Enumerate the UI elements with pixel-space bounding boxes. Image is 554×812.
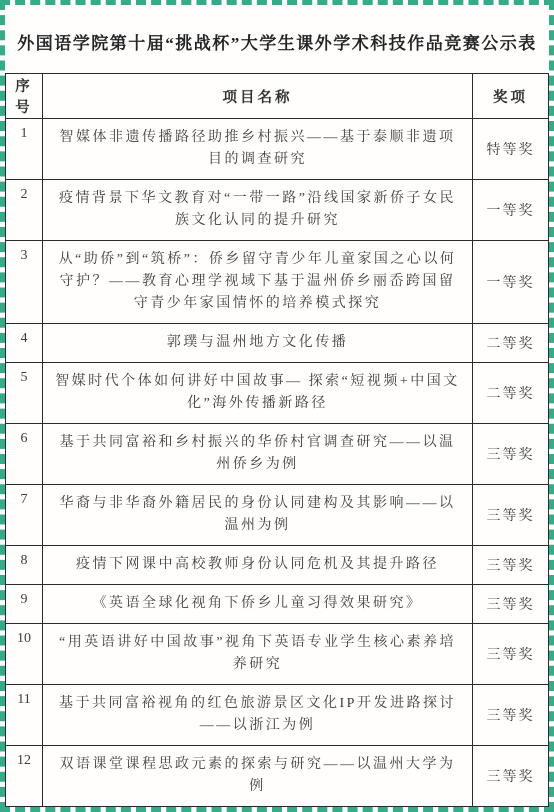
table-row: 11基于共同富裕视角的红色旅游景区文化IP开发进路探讨——以浙江为例三等奖 — [6, 685, 549, 746]
project-name: 双语课堂课程思政元素的探索与研究——以温州大学为例 — [43, 746, 473, 807]
project-name: 智媒时代个体如何讲好中国故事— 探索“短视频+中国文化”海外传播新路径 — [43, 363, 473, 424]
awards-table: 序号 项目名称 奖项 1智媒体非遗传播路径助推乡村振兴——基于泰顺非遗项目的调查… — [5, 73, 549, 807]
award-level: 三等奖 — [473, 485, 549, 546]
award-level: 二等奖 — [473, 324, 549, 363]
header-row: 序号 项目名称 奖项 — [6, 74, 549, 119]
table-row: 2疫情背景下华文教育对“一带一路”沿线国家新侨子女民族文化认同的提升研究一等奖 — [6, 180, 549, 241]
table-row: 1智媒体非遗传播路径助推乡村振兴——基于泰顺非遗项目的调查研究特等奖 — [6, 119, 549, 180]
row-number: 12 — [6, 746, 43, 807]
table-body: 1智媒体非遗传播路径助推乡村振兴——基于泰顺非遗项目的调查研究特等奖2疫情背景下… — [6, 119, 549, 807]
award-level: 三等奖 — [473, 585, 549, 624]
project-name: 基于共同富裕和乡村振兴的华侨村官调查研究——以温州侨乡为例 — [43, 424, 473, 485]
row-number: 5 — [6, 363, 43, 424]
row-number: 8 — [6, 546, 43, 585]
col-header-project: 项目名称 — [43, 74, 473, 119]
notice-sheet: 外国语学院第十届“挑战杯”大学生课外学术科技作品竞赛公示表 序号 项目名称 奖项… — [0, 0, 554, 812]
row-number: 2 — [6, 180, 43, 241]
project-name: 疫情下网课中高校教师身份认同危机及其提升路径 — [43, 546, 473, 585]
table-row: 6基于共同富裕和乡村振兴的华侨村官调查研究——以温州侨乡为例三等奖 — [6, 424, 549, 485]
award-level: 三等奖 — [473, 624, 549, 685]
project-name: 智媒体非遗传播路径助推乡村振兴——基于泰顺非遗项目的调查研究 — [43, 119, 473, 180]
col-header-award: 奖项 — [473, 74, 549, 119]
row-number: 1 — [6, 119, 43, 180]
table-row: 8疫情下网课中高校教师身份认同危机及其提升路径三等奖 — [6, 546, 549, 585]
table-row: 7华裔与非华裔外籍居民的身份认同建构及其影响——以温州为例三等奖 — [6, 485, 549, 546]
table-row: 12双语课堂课程思政元素的探索与研究——以温州大学为例三等奖 — [6, 746, 549, 807]
project-name: 郭璞与温州地方文化传播 — [43, 324, 473, 363]
project-name: 从“助侨”到“筑桥”：侨乡留守青少年儿童家国之心以何守护？——教育心理学视域下基… — [43, 241, 473, 324]
project-name: 基于共同富裕视角的红色旅游景区文化IP开发进路探讨——以浙江为例 — [43, 685, 473, 746]
project-name: “用英语讲好中国故事”视角下英语专业学生核心素养培养研究 — [43, 624, 473, 685]
table-row: 10“用英语讲好中国故事”视角下英语专业学生核心素养培养研究三等奖 — [6, 624, 549, 685]
table-row: 5智媒时代个体如何讲好中国故事— 探索“短视频+中国文化”海外传播新路径二等奖 — [6, 363, 549, 424]
table-row: 4郭璞与温州地方文化传播二等奖 — [6, 324, 549, 363]
award-level: 三等奖 — [473, 746, 549, 807]
row-number: 7 — [6, 485, 43, 546]
row-number: 4 — [6, 324, 43, 363]
award-level: 三等奖 — [473, 546, 549, 585]
col-header-no: 序号 — [6, 74, 43, 119]
project-name: 华裔与非华裔外籍居民的身份认同建构及其影响——以温州为例 — [43, 485, 473, 546]
row-number: 9 — [6, 585, 43, 624]
row-number: 11 — [6, 685, 43, 746]
row-number: 10 — [6, 624, 43, 685]
row-number: 6 — [6, 424, 43, 485]
award-level: 一等奖 — [473, 241, 549, 324]
award-level: 一等奖 — [473, 180, 549, 241]
award-level: 三等奖 — [473, 424, 549, 485]
table-row: 9《英语全球化视角下侨乡儿童习得效果研究》三等奖 — [6, 585, 549, 624]
award-level: 二等奖 — [473, 363, 549, 424]
project-name: 疫情背景下华文教育对“一带一路”沿线国家新侨子女民族文化认同的提升研究 — [43, 180, 473, 241]
award-level: 三等奖 — [473, 685, 549, 746]
row-number: 3 — [6, 241, 43, 324]
table-row: 3从“助侨”到“筑桥”：侨乡留守青少年儿童家国之心以何守护？——教育心理学视域下… — [6, 241, 549, 324]
project-name: 《英语全球化视角下侨乡儿童习得效果研究》 — [43, 585, 473, 624]
award-level: 特等奖 — [473, 119, 549, 180]
page-title: 外国语学院第十届“挑战杯”大学生课外学术科技作品竞赛公示表 — [5, 5, 549, 73]
